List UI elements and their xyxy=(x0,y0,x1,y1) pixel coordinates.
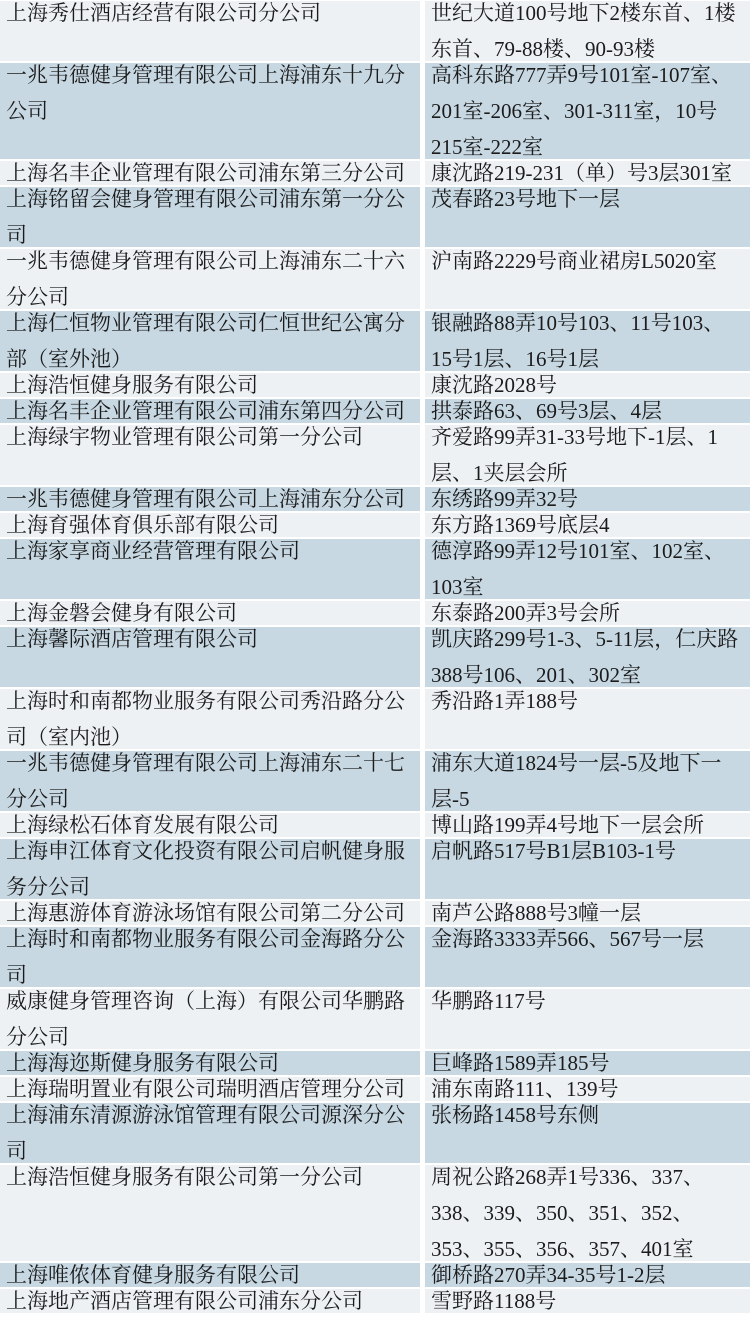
address-cell: 华鹏路117号 xyxy=(425,989,750,1049)
company-cell: 上海家享商业经营管理有限公司 xyxy=(0,539,420,599)
table-row: 上海地产酒店管理有限公司浦东分公司 雪野路1188号 xyxy=(0,1289,750,1313)
table-row: 上海家享商业经营管理有限公司 德淳路99弄12号101室、102室、103室 xyxy=(0,539,750,599)
address-cell: 世纪大道100号地下2楼东首、1楼东首、79-88楼、90-93楼 xyxy=(425,1,750,61)
company-cell: 上海浦东清源游泳馆管理有限公司源深分公司 xyxy=(0,1103,420,1163)
company-cell: 一兆韦德健身管理有限公司上海浦东二十七分公司 xyxy=(0,751,420,811)
address-cell: 沪南路2229号商业裙房L5020室 xyxy=(425,249,750,309)
address-cell: 浦东大道1824号一层-5及地下一层-5 xyxy=(425,751,750,811)
address-cell: 秀沿路1弄188号 xyxy=(425,689,750,749)
company-name: 上海浩恒健身服务有限公司第一分公司 xyxy=(6,1159,414,1195)
address-text: 金海路3333弄566、567号一层 xyxy=(431,921,744,957)
address-text: 秀沿路1弄188号 xyxy=(431,683,744,719)
company-name: 上海馨际酒店管理有限公司 xyxy=(6,621,414,657)
table-row: 上海浦东清源游泳馆管理有限公司源深分公司 张杨路1458号东侧 xyxy=(0,1103,750,1163)
company-cell: 威康健身管理咨询（上海）有限公司华鹏路分公司 xyxy=(0,989,420,1049)
table-row: 一兆韦德健身管理有限公司上海浦东二十六分公司 沪南路2229号商业裙房L5020… xyxy=(0,249,750,309)
company-name: 上海家享商业经营管理有限公司 xyxy=(6,533,414,569)
address-text: 高科东路777弄9号101室-107室、201室-206室、301-311室，1… xyxy=(431,57,744,165)
table-row: 上海铭留会健身管理有限公司浦东第一分公司 茂春路23号地下一层 xyxy=(0,187,750,247)
company-cell: 上海仁恒物业管理有限公司仁恒世纪公寓分部（室外池） xyxy=(0,311,420,371)
company-cell: 上海浩恒健身服务有限公司第一分公司 xyxy=(0,1165,420,1261)
table-row: 上海时和南都物业服务有限公司金海路分公司 金海路3333弄566、567号一层 xyxy=(0,927,750,987)
company-name: 上海地产酒店管理有限公司浦东分公司 xyxy=(6,1283,414,1319)
company-cell: 上海时和南都物业服务有限公司金海路分公司 xyxy=(0,927,420,987)
address-text: 雪野路1188号 xyxy=(431,1283,744,1319)
company-name: 一兆韦德健身管理有限公司上海浦东十九分公司 xyxy=(6,57,414,129)
address-cell: 周祝公路268弄1号336、337、338、339、350、351、352、35… xyxy=(425,1165,750,1261)
venues-table: 上海秀仕酒店经营有限公司分公司 世纪大道100号地下2楼东首、1楼东首、79-8… xyxy=(0,0,750,1313)
company-cell: 上海秀仕酒店经营有限公司分公司 xyxy=(0,1,420,61)
address-cell: 高科东路777弄9号101室-107室、201室-206室、301-311室，1… xyxy=(425,63,750,159)
company-cell: 一兆韦德健身管理有限公司上海浦东二十六分公司 xyxy=(0,249,420,309)
address-text: 周祝公路268弄1号336、337、338、339、350、351、352、35… xyxy=(431,1159,744,1267)
address-cell: 凯庆路299号1-3、5-11层，仁庆路388号106、201、302室 xyxy=(425,627,750,687)
table-row: 威康健身管理咨询（上海）有限公司华鹏路分公司 华鹏路117号 xyxy=(0,989,750,1049)
company-cell: 上海馨际酒店管理有限公司 xyxy=(0,627,420,687)
table-row: 上海绿宇物业管理有限公司第一分公司 齐爱路99弄31-33号地下-1层、1层、1… xyxy=(0,425,750,485)
address-cell: 德淳路99弄12号101室、102室、103室 xyxy=(425,539,750,599)
table-row: 上海秀仕酒店经营有限公司分公司 世纪大道100号地下2楼东首、1楼东首、79-8… xyxy=(0,1,750,61)
table-row: 上海申江体育文化投资有限公司启帆健身服务分公司 启帆路517号B1层B103-1… xyxy=(0,839,750,899)
table-row: 上海馨际酒店管理有限公司 凯庆路299号1-3、5-11层，仁庆路388号106… xyxy=(0,627,750,687)
address-text: 张杨路1458号东侧 xyxy=(431,1097,744,1133)
company-cell: 上海绿宇物业管理有限公司第一分公司 xyxy=(0,425,420,485)
company-cell: 上海铭留会健身管理有限公司浦东第一分公司 xyxy=(0,187,420,247)
table-row: 一兆韦德健身管理有限公司上海浦东十九分公司 高科东路777弄9号101室-107… xyxy=(0,63,750,159)
table-row: 上海时和南都物业服务有限公司秀沿路分公司（室内池） 秀沿路1弄188号 xyxy=(0,689,750,749)
company-name: 上海绿宇物业管理有限公司第一分公司 xyxy=(6,419,414,455)
company-cell: 上海申江体育文化投资有限公司启帆健身服务分公司 xyxy=(0,839,420,899)
company-cell: 一兆韦德健身管理有限公司上海浦东十九分公司 xyxy=(0,63,420,159)
table-row: 一兆韦德健身管理有限公司上海浦东二十七分公司 浦东大道1824号一层-5及地下一… xyxy=(0,751,750,811)
company-cell: 上海时和南都物业服务有限公司秀沿路分公司（室内池） xyxy=(0,689,420,749)
address-cell: 茂春路23号地下一层 xyxy=(425,187,750,247)
address-text: 茂春路23号地下一层 xyxy=(431,181,744,217)
table-row: 上海仁恒物业管理有限公司仁恒世纪公寓分部（室外池） 银融路88弄10号103、1… xyxy=(0,311,750,371)
table-row: 上海浩恒健身服务有限公司第一分公司 周祝公路268弄1号336、337、338、… xyxy=(0,1165,750,1261)
company-name: 上海秀仕酒店经营有限公司分公司 xyxy=(6,0,414,31)
address-text: 启帆路517号B1层B103-1号 xyxy=(431,833,744,869)
company-cell: 上海地产酒店管理有限公司浦东分公司 xyxy=(0,1289,420,1313)
address-text: 沪南路2229号商业裙房L5020室 xyxy=(431,243,744,279)
address-cell: 张杨路1458号东侧 xyxy=(425,1103,750,1163)
address-text: 华鹏路117号 xyxy=(431,983,744,1019)
address-cell: 齐爱路99弄31-33号地下-1层、1层、1夹层会所 xyxy=(425,425,750,485)
address-cell: 雪野路1188号 xyxy=(425,1289,750,1313)
address-cell: 金海路3333弄566、567号一层 xyxy=(425,927,750,987)
address-cell: 银融路88弄10号103、11号103、15号1层、16号1层 xyxy=(425,311,750,371)
address-cell: 启帆路517号B1层B103-1号 xyxy=(425,839,750,899)
